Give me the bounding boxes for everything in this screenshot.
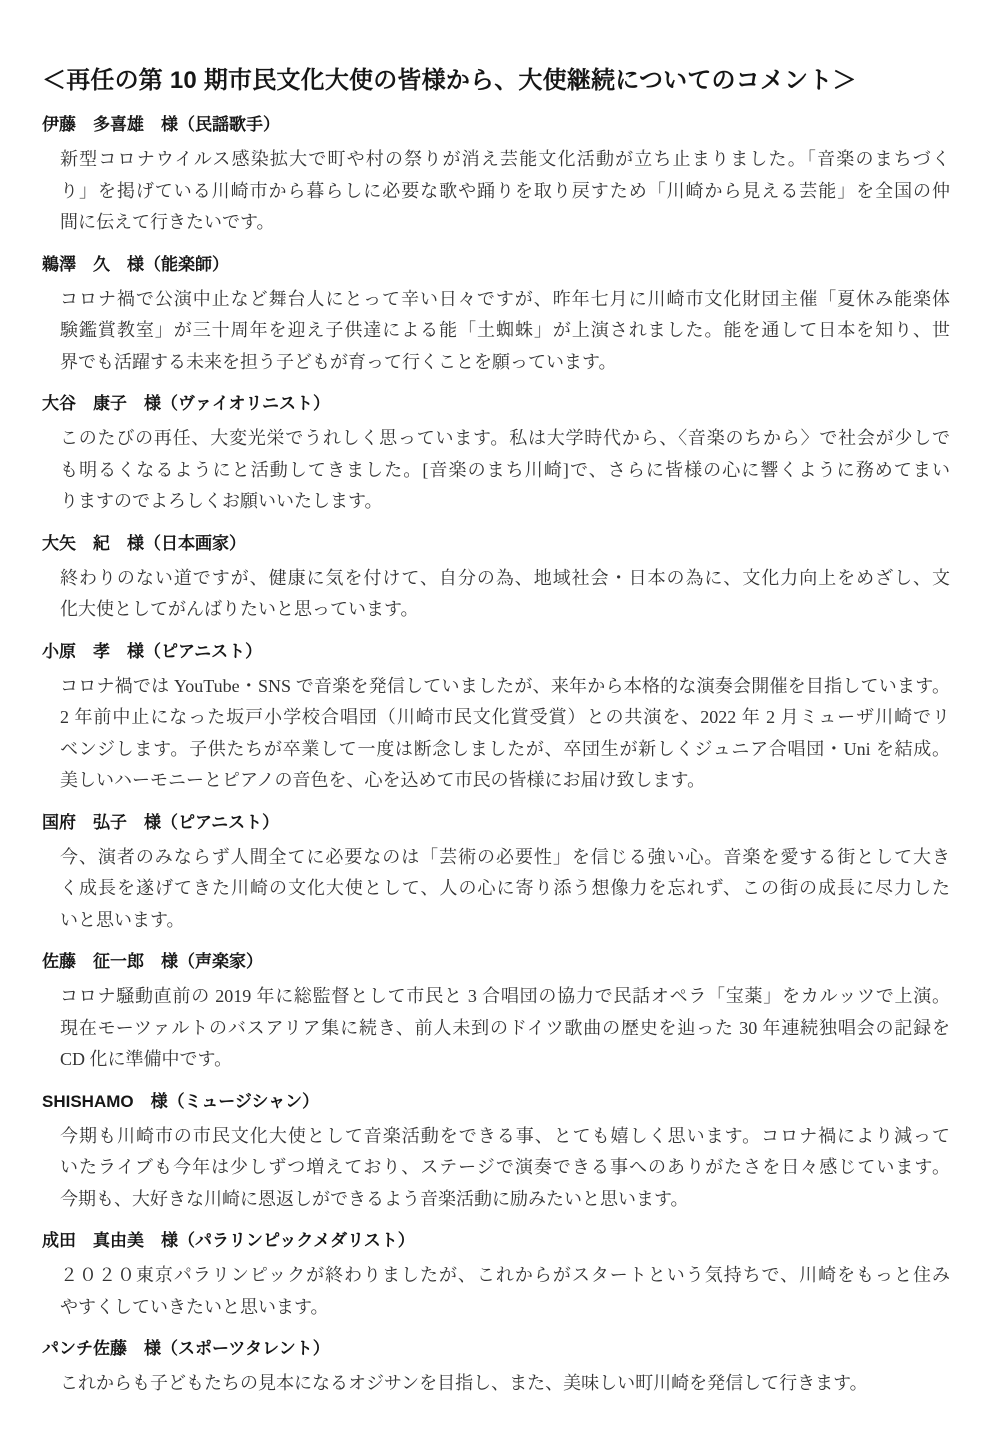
comment-line: これからも子どもたちの見本になるオジサンを目指し、また、美味しい町川崎を発信して… (60, 1368, 950, 1400)
comment-line: 2 年前中止になった坂戸小学校合唱団（川崎市民文化賞受賞）との共演を、2022 … (60, 702, 950, 734)
comment-line: く成長を遂げてきた川崎の文化大使として、人の心に寄り添う想像力を忘れず、この街の… (60, 873, 950, 905)
comment-line: 今、演者のみならず人間全てに必要なのは「芸術の必要性」を信じる強い心。音楽を愛す… (60, 842, 950, 874)
comment-line: 美しいハーモニーとピアノの音色を、心を込めて市民の皆様にお届け致します。 (60, 765, 950, 797)
ambassador-section-narita: 成田 真由美 様（パラリンピックメダリスト） ２０２０東京パラリンピックが終わり… (42, 1229, 950, 1323)
ambassador-comment: これからも子どもたちの見本になるオジサンを目指し、また、美味しい町川崎を発信して… (60, 1368, 950, 1400)
ambassador-comment: 新型コロナウイルス感染拡大で町や村の祭りが消え芸能文化活動が立ち止まりました。「… (60, 144, 950, 239)
ambassador-comment: コロナ禍で公演中止など舞台人にとって辛い日々ですが、昨年七月に川崎市文化財団主催… (60, 284, 950, 379)
ambassador-name-heading: 大谷 康子 様（ヴァイオリニスト） (42, 392, 950, 416)
ambassador-section-uzawa: 鵜澤 久 様（能楽師） コロナ禍で公演中止など舞台人にとって辛い日々ですが、昨年… (42, 253, 950, 379)
comment-line: 験鑑賞教室」が三十周年を迎え子供達による能「土蜘蛛」が上演されました。能を通して… (60, 315, 950, 347)
ambassador-section-otani: 大谷 康子 様（ヴァイオリニスト） このたびの再任、大変光栄でうれしく思っていま… (42, 392, 950, 518)
ambassador-name-heading: パンチ佐藤 様（スポーツタレント） (42, 1337, 950, 1361)
ambassador-section-obara: 小原 孝 様（ピアニスト） コロナ禍では YouTube・SNS で音楽を発信し… (42, 640, 950, 797)
comment-line: り」を掲げている川崎市から暮らしに必要な歌や踊りを取り戻すため「川崎から見える芸… (60, 176, 950, 208)
comment-line: りますのでよろしくお願いいたします。 (60, 486, 950, 518)
page-title: ＜再任の第 10 期市民文化大使の皆様から、大使継続についてのコメント＞ (42, 66, 950, 96)
comment-line: 新型コロナウイルス感染拡大で町や村の祭りが消え芸能文化活動が立ち止まりました。「… (60, 144, 950, 176)
comment-line: コロナ騒動直前の 2019 年に総監督として市民と 3 合唱団の協力で民話オペラ… (60, 981, 950, 1013)
comment-line: も明るくなるようにと活動してきました。[音楽のまち川崎]で、さらに皆様の心に響く… (60, 455, 950, 487)
comment-line: 終わりのない道ですが、健康に気を付けて、自分の為、地域社会・日本の為に、文化力向… (60, 563, 950, 595)
comment-line: コロナ禍で公演中止など舞台人にとって辛い日々ですが、昨年七月に川崎市文化財団主催… (60, 284, 950, 316)
comment-line: 今期も川崎市の市民文化大使として音楽活動をできる事、とても嬉しく思います。コロナ… (60, 1121, 950, 1153)
comment-line: やすくしていきたいと思います。 (60, 1292, 950, 1324)
comment-line: いたライブも今年は少しずつ増えており、ステージで演奏できる事へのありがたさを日々… (60, 1152, 950, 1184)
comment-line: このたびの再任、大変光栄でうれしく思っています。私は大学時代から、〈音楽のちから… (60, 423, 950, 455)
ambassador-name-heading: 伊藤 多喜雄 様（民謡歌手） (42, 113, 950, 137)
ambassador-comment: 今期も川崎市の市民文化大使として音楽活動をできる事、とても嬉しく思います。コロナ… (60, 1121, 950, 1216)
ambassador-comment: このたびの再任、大変光栄でうれしく思っています。私は大学時代から、〈音楽のちから… (60, 423, 950, 518)
ambassador-name-heading: 佐藤 征一郎 様（声楽家） (42, 950, 950, 974)
ambassador-name-heading: 国府 弘子 様（ピアニスト） (42, 811, 950, 835)
comment-line: ２０２０東京パラリンピックが終わりましたが、これからがスタートという気持ちで、川… (60, 1260, 950, 1292)
ambassador-name-heading: 鵜澤 久 様（能楽師） (42, 253, 950, 277)
ambassador-section-ito: 伊藤 多喜雄 様（民謡歌手） 新型コロナウイルス感染拡大で町や村の祭りが消え芸能… (42, 113, 950, 239)
ambassador-section-kokubu: 国府 弘子 様（ピアニスト） 今、演者のみならず人間全てに必要なのは「芸術の必要… (42, 811, 950, 937)
ambassador-section-punch-sato: パンチ佐藤 様（スポーツタレント） これからも子どもたちの見本になるオジサンを目… (42, 1337, 950, 1400)
comment-line: 界でも活躍する未来を担う子どもが育って行くことを願っています。 (60, 347, 950, 379)
ambassador-section-sato-seiichiro: 佐藤 征一郎 様（声楽家） コロナ騒動直前の 2019 年に総監督として市民と … (42, 950, 950, 1076)
ambassador-comment: 今、演者のみならず人間全てに必要なのは「芸術の必要性」を信じる強い心。音楽を愛す… (60, 842, 950, 937)
ambassador-name-heading: 小原 孝 様（ピアニスト） (42, 640, 950, 664)
comment-line: 今期も、大好きな川崎に恩返しができるよう音楽活動に励みたいと思います。 (60, 1184, 950, 1216)
ambassador-name-heading: 大矢 紀 様（日本画家） (42, 532, 950, 556)
ambassador-name-heading: 成田 真由美 様（パラリンピックメダリスト） (42, 1229, 950, 1253)
comment-line: CD 化に準備中です。 (60, 1044, 950, 1076)
comment-line: コロナ禍では YouTube・SNS で音楽を発信していましたが、来年から本格的… (60, 671, 950, 703)
comment-line: 化大使としてがんばりたいと思っています。 (60, 594, 950, 626)
comment-line: 間に伝えて行きたいです。 (60, 207, 950, 239)
ambassador-comment: コロナ禍では YouTube・SNS で音楽を発信していましたが、来年から本格的… (60, 671, 950, 797)
ambassador-name-heading: SHISHAMO 様（ミュージシャン） (42, 1090, 950, 1114)
ambassador-comment: 終わりのない道ですが、健康に気を付けて、自分の為、地域社会・日本の為に、文化力向… (60, 563, 950, 626)
ambassador-section-oya: 大矢 紀 様（日本画家） 終わりのない道ですが、健康に気を付けて、自分の為、地域… (42, 532, 950, 626)
ambassador-comment: ２０２０東京パラリンピックが終わりましたが、これからがスタートという気持ちで、川… (60, 1260, 950, 1323)
document-page: ＜再任の第 10 期市民文化大使の皆様から、大使継続についてのコメント＞ 伊藤 … (0, 0, 990, 1456)
comment-line: いと思います。 (60, 905, 950, 937)
comment-line: 現在モーツァルトのバスアリア集に続き、前人未到のドイツ歌曲の歴史を辿った 30 … (60, 1013, 950, 1045)
comment-line: ベンジします。子供たちが卒業して一度は断念しましたが、卒団生が新しくジュニア合唱… (60, 734, 950, 766)
ambassador-comment: コロナ騒動直前の 2019 年に総監督として市民と 3 合唱団の協力で民話オペラ… (60, 981, 950, 1076)
ambassador-section-shishamo: SHISHAMO 様（ミュージシャン） 今期も川崎市の市民文化大使として音楽活動… (42, 1090, 950, 1216)
